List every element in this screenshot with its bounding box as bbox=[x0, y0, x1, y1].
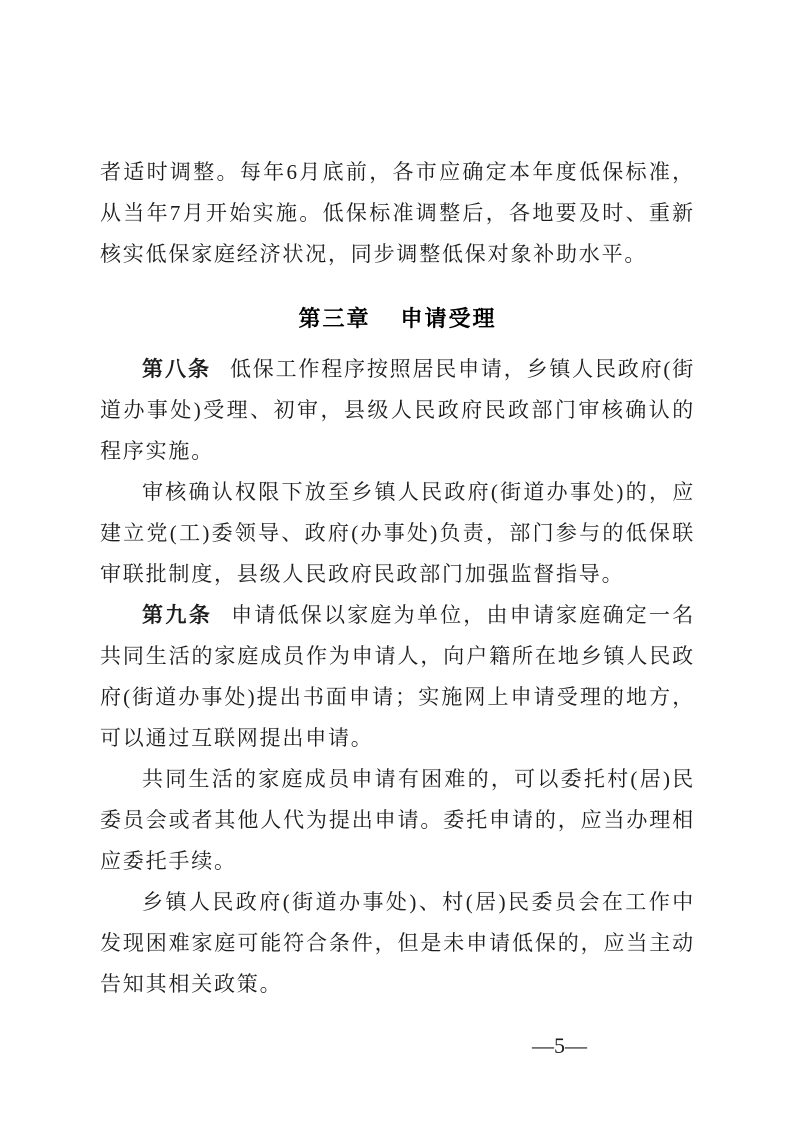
paragraph-article-9-cont-2: 乡镇人民政府(街道办事处)、村(居)民委员会在工作中发现困难家庭可能符合条件，但… bbox=[100, 882, 695, 1005]
chapter-title: 申请受理 bbox=[401, 306, 497, 331]
paragraph-article-9-cont-1: 共同生活的家庭成员申请有困难的，可以委托村(居)民委员会或者其他人代为提出申请。… bbox=[100, 759, 695, 882]
page-number: —5— bbox=[100, 1031, 695, 1061]
chapter-heading: 第三章申请受理 bbox=[100, 303, 695, 335]
paragraph-article-8: 第八条低保工作程序按照居民申请，乡镇人民政府(街道办事处)受理、初审，县级人民政… bbox=[100, 349, 695, 472]
paragraph-continuation: 者适时调整。每年6月底前，各市应确定本年度低保标准，从当年7月开始实施。低保标准… bbox=[100, 152, 695, 275]
document-page: 者适时调整。每年6月底前，各市应确定本年度低保标准，从当年7月开始实施。低保标准… bbox=[0, 0, 793, 1121]
article-8-label: 第八条 bbox=[142, 358, 211, 381]
paragraph-article-8-cont: 审核确认权限下放至乡镇人民政府(街道办事处)的，应建立党(工)委领导、政府(办事… bbox=[100, 472, 695, 595]
paragraph-article-9: 第九条申请低保以家庭为单位，由申请家庭确定一名共同生活的家庭成员作为申请人，向户… bbox=[100, 595, 695, 759]
article-9-label: 第九条 bbox=[142, 604, 212, 627]
chapter-number: 第三章 bbox=[298, 306, 370, 331]
